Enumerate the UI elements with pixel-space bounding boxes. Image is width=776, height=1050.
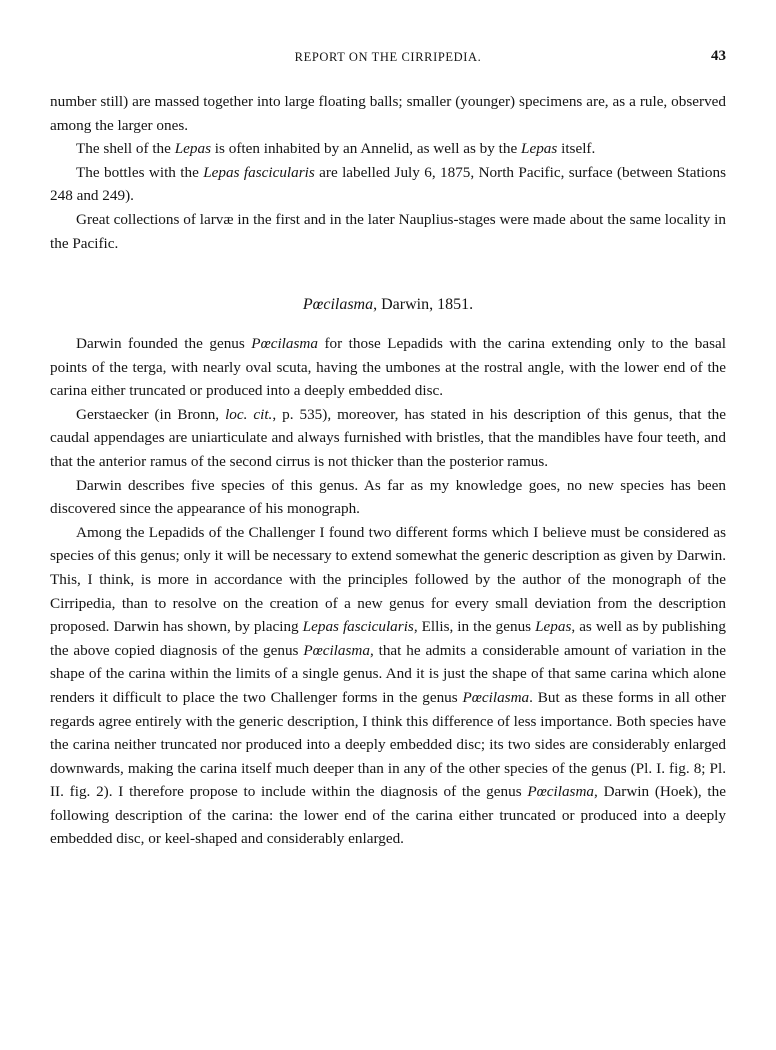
italic-term: Pœcilasma [303, 642, 370, 659]
text-run: Darwin describes five species of this ge… [50, 477, 726, 518]
text-run: is often inhabited by an Annelid, as wel… [211, 140, 521, 157]
italic-term: loc. cit. [225, 406, 272, 423]
italic-term: Pœcilasma [462, 689, 529, 706]
paragraph: Among the Lepadids of the Challenger I f… [50, 521, 726, 851]
text-run: itself. [557, 140, 595, 157]
heading-author-year: , Darwin, 1851. [373, 296, 473, 313]
running-title: REPORT ON THE CIRRIPEDIA. [50, 50, 726, 65]
italic-term: Lepas fascicularis [303, 618, 414, 635]
italic-term: Lepas [535, 618, 571, 635]
italic-term: Lepas [521, 140, 557, 157]
text-run: The shell of the [76, 140, 175, 157]
body-text-bottom: Darwin founded the genus Pœcilasma for t… [50, 332, 726, 851]
paragraph: number still) are massed together into l… [50, 90, 726, 137]
text-run: The bottles with the [76, 164, 203, 181]
italic-term: Pœcilasma [527, 783, 594, 800]
body-text-top: number still) are massed together into l… [50, 90, 726, 255]
text-run: , Ellis, in the genus [414, 618, 535, 635]
italic-term: Pœcilasma [251, 335, 318, 352]
paragraph: Gerstaecker (in Bronn, loc. cit., p. 535… [50, 403, 726, 474]
text-run: Gerstaecker (in Bronn, [76, 406, 225, 423]
section-heading: Pœcilasma, Darwin, 1851. [50, 296, 726, 314]
paragraph: Darwin founded the genus Pœcilasma for t… [50, 332, 726, 403]
text-run: number still) are massed together into l… [50, 93, 726, 134]
genus-name: Pœcilasma [303, 296, 373, 313]
paragraph: Darwin describes five species of this ge… [50, 474, 726, 521]
page-number: 43 [711, 48, 726, 65]
italic-term: Lepas fascicularis [203, 164, 315, 181]
text-run: Great collections of larvæ in the first … [50, 211, 726, 252]
italic-term: Lepas [175, 140, 211, 157]
paragraph: Great collections of larvæ in the first … [50, 208, 726, 255]
text-run: Darwin founded the genus [76, 335, 251, 352]
paragraph: The bottles with the Lepas fascicularis … [50, 161, 726, 208]
page-header: REPORT ON THE CIRRIPEDIA. 43 [50, 44, 726, 64]
paragraph: The shell of the Lepas is often inhabite… [50, 137, 726, 161]
